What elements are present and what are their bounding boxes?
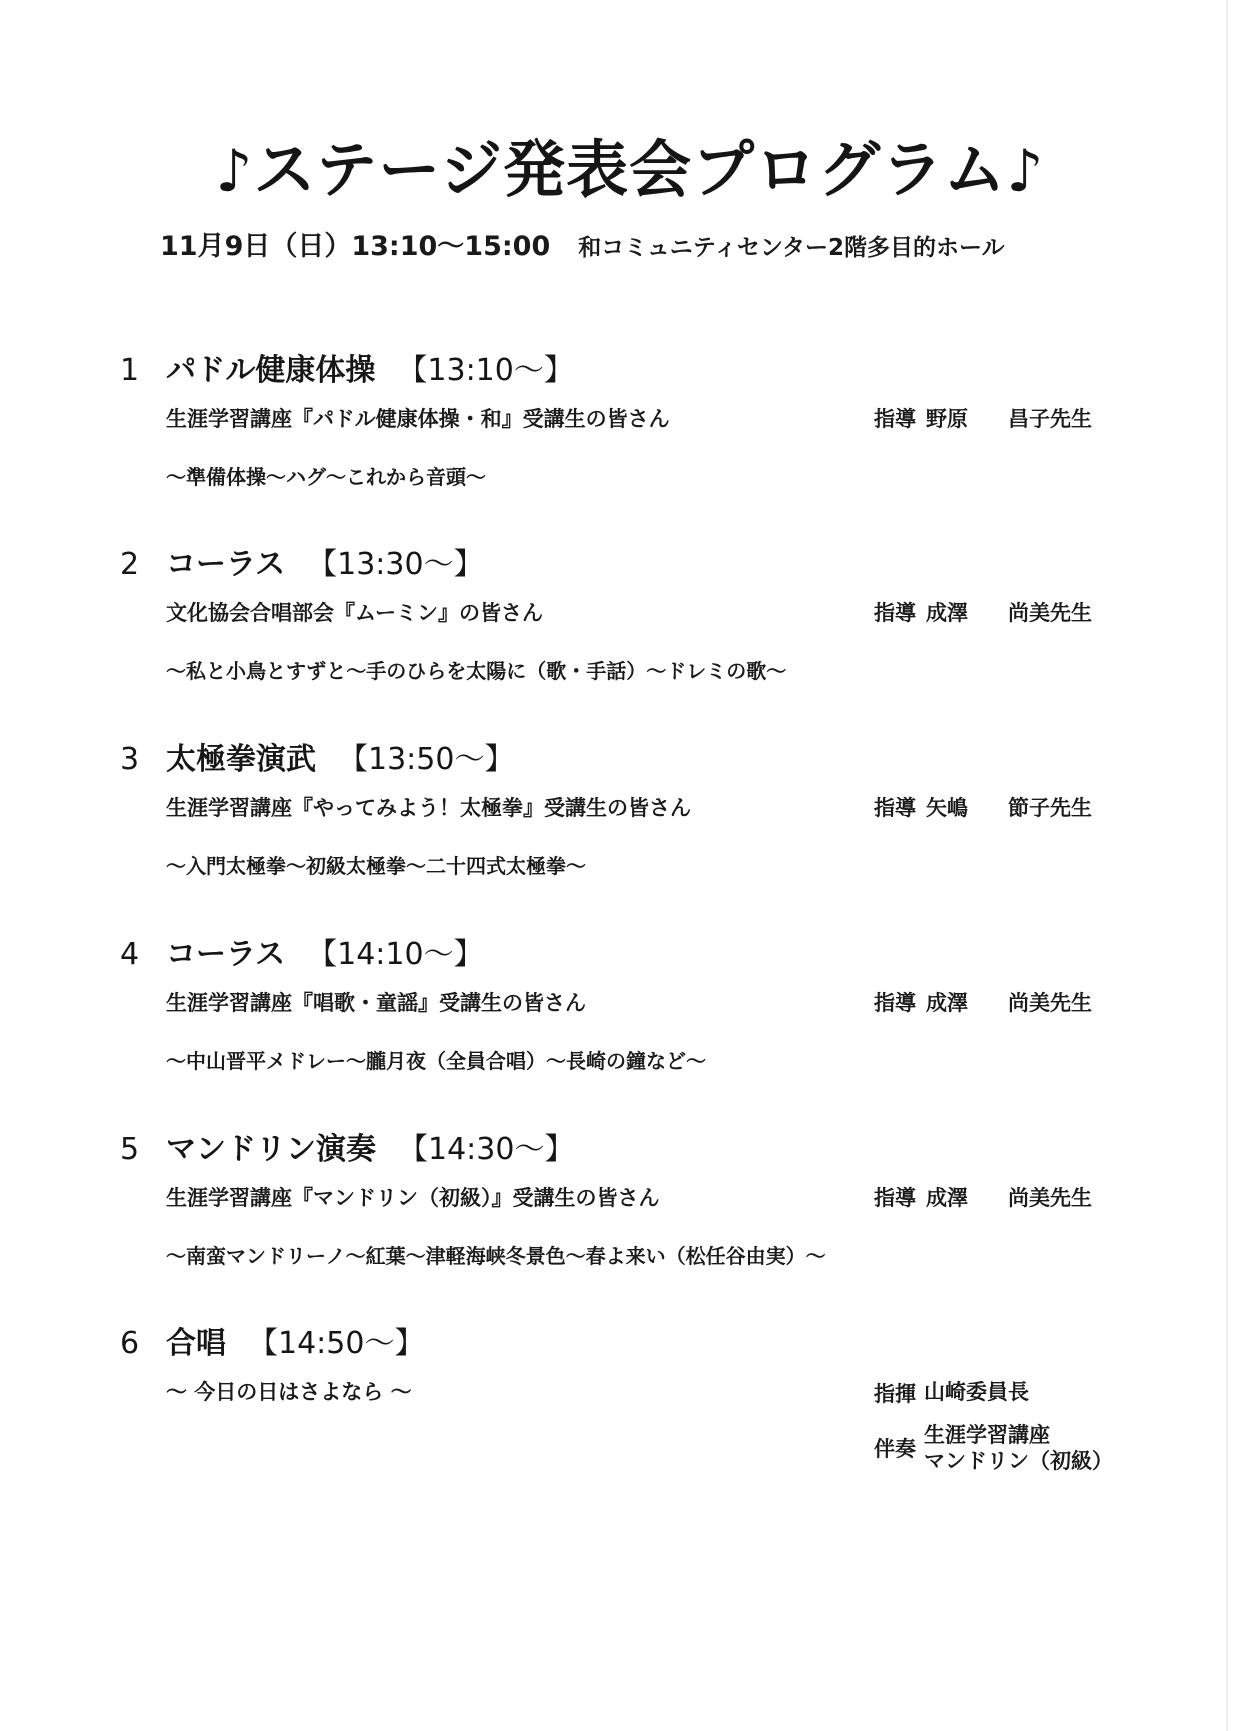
item-number: 2 <box>120 547 166 582</box>
accompaniment-line-2: マンドリン（初級） <box>924 1449 1113 1473</box>
instructor-role: 指導 <box>874 796 916 820</box>
instructor-given: 尚美先生 <box>1008 601 1092 625</box>
instructor-surname: 野原 <box>926 403 1008 433</box>
item-number: 6 <box>120 1326 166 1361</box>
item-heading: 2コーラス【13:30～】 <box>120 539 484 583</box>
instructor-surname: 成澤 <box>926 1182 1008 1212</box>
item-songs: ～中山晋平メドレー～朧月夜（全員合唱）～長崎の鐘など～ <box>166 1045 706 1074</box>
item-time: 【14:30～】 <box>398 1132 574 1167</box>
item-performers: 生涯学習講座『マンドリン（初級）』受講生の皆さん <box>166 1182 660 1212</box>
item-name: 合唱 <box>166 1326 226 1361</box>
instructor-given: 尚美先生 <box>1008 991 1092 1015</box>
instructor-surname: 成澤 <box>926 597 1008 627</box>
instructor-given: 節子先生 <box>1008 796 1092 820</box>
item-songs: ～南蛮マンドリーノ～紅葉～津軽海峡冬景色～春よ来い（松任谷由実）～ <box>166 1240 826 1269</box>
item-songs: ～入門太極拳～初級太極拳～二十四式太極拳～ <box>166 850 586 879</box>
item-performers: 生涯学習講座『パドル健康体操・和』受講生の皆さん <box>166 403 670 433</box>
accompaniment-group: 生涯学習講座マンドリン（初級） <box>924 1422 1113 1474</box>
item-instructor: 指導成澤尚美先生 <box>874 987 1092 1017</box>
instructor-given: 尚美先生 <box>1008 1186 1092 1210</box>
item-name: コーラス <box>166 937 285 972</box>
page-title: ♪ステージ発表会プログラム♪ <box>0 120 1260 209</box>
accompaniment-credit: 伴奏生涯学習講座マンドリン（初級） <box>874 1422 1113 1474</box>
music-note-icon: ♪ <box>216 137 254 205</box>
item-number: 1 <box>120 353 166 388</box>
accompaniment-role: 伴奏 <box>874 1433 916 1463</box>
instructor-surname: 矢嶋 <box>926 792 1008 822</box>
item-time: 【13:50～】 <box>338 742 514 777</box>
item-name: マンドリン演奏 <box>166 1132 376 1167</box>
instructor-role: 指導 <box>874 601 916 625</box>
item-time: 【14:10～】 <box>307 937 483 972</box>
item-name: コーラス <box>166 547 285 582</box>
title-text: ステージ発表会プログラム <box>254 133 1007 206</box>
item-instructor: 指導野原昌子先生 <box>874 403 1092 433</box>
item-name: 太極拳演武 <box>166 742 316 777</box>
item-number: 3 <box>120 742 166 777</box>
instructor-surname: 成澤 <box>926 987 1008 1017</box>
item-heading: 5マンドリン演奏【14:30～】 <box>120 1124 574 1168</box>
instructor-role: 指導 <box>874 1186 916 1210</box>
item-songs: ～私と小鳥とすずと～手のひらを太陽に（歌・手話）～ドレミの歌～ <box>166 655 786 684</box>
item-heading: 4コーラス【14:10～】 <box>120 929 484 973</box>
item-number: 4 <box>120 937 166 972</box>
item-name: パドル健康体操 <box>166 353 375 388</box>
instructor-role: 指導 <box>874 407 916 431</box>
item-time: 【13:10～】 <box>397 353 573 388</box>
item-songs: ～ 今日の日はさよなら ～ <box>166 1376 412 1406</box>
item-performers: 生涯学習講座『やってみよう！太極拳』受講生の皆さん <box>166 792 691 822</box>
item-heading: 6合唱【14:50～】 <box>120 1318 424 1362</box>
item-number: 5 <box>120 1132 166 1167</box>
item-songs: ～準備体操～ハグ～これから音頭～ <box>166 461 486 490</box>
event-venue: 和コミュニティセンター2階多目的ホール <box>578 235 1004 261</box>
page-edge <box>1226 0 1228 1731</box>
item-time: 【13:30～】 <box>307 547 483 582</box>
event-datetime: 11月9日（日）13:10～15:00 <box>160 231 550 262</box>
instructor-role: 指導 <box>874 991 916 1015</box>
item-performers: 生涯学習講座『唱歌・童謡』受講生の皆さん <box>166 987 586 1017</box>
item-heading: 3太極拳演武【13:50～】 <box>120 734 514 778</box>
item-instructor: 指導成澤尚美先生 <box>874 1182 1092 1212</box>
music-note-icon: ♪ <box>1006 137 1044 205</box>
conductor-credit: 指揮山崎委員長 <box>874 1376 1029 1408</box>
event-info: 11月9日（日）13:10～15:00和コミュニティセンター2階多目的ホール <box>160 224 1005 263</box>
accompaniment-line-1: 生涯学習講座 <box>924 1423 1050 1447</box>
conductor-name: 山崎委員長 <box>924 1380 1029 1404</box>
item-heading: 1パドル健康体操【13:10～】 <box>120 345 574 389</box>
item-instructor: 指導成澤尚美先生 <box>874 597 1092 627</box>
conductor-role: 指揮 <box>874 1378 916 1408</box>
item-time: 【14:50～】 <box>248 1326 424 1361</box>
item-instructor: 指導矢嶋節子先生 <box>874 792 1092 822</box>
item-performers: 文化協会合唱部会『ムーミン』の皆さん <box>166 597 543 627</box>
instructor-given: 昌子先生 <box>1008 407 1092 431</box>
